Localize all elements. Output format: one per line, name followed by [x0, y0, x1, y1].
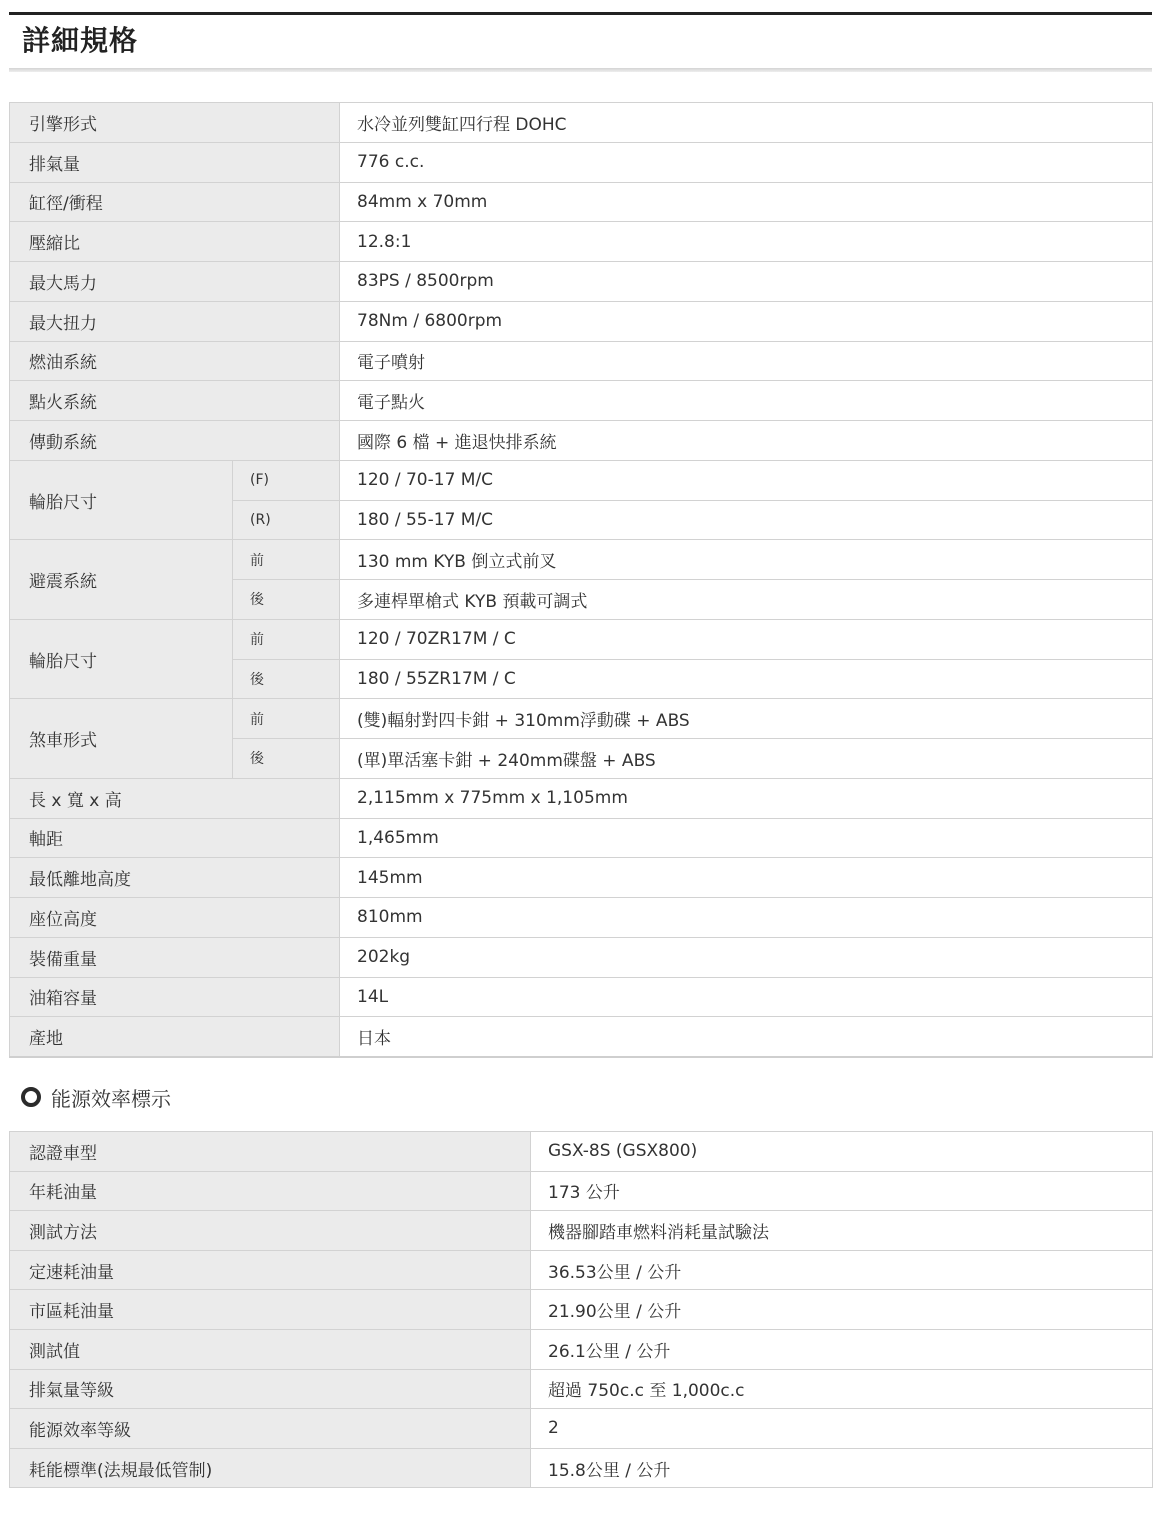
- row-value: 173 公升: [531, 1171, 1153, 1211]
- row-label: 油箱容量: [10, 977, 340, 1017]
- row-label: 最大扭力: [10, 301, 340, 341]
- row-value: 26.1公里 / 公升: [531, 1329, 1153, 1369]
- sub-label: 前: [233, 540, 340, 580]
- row-value: 202kg: [340, 937, 1153, 977]
- sub-label: 後: [233, 739, 340, 779]
- row-value: 國際 6 檔 + 進退快排系統: [340, 421, 1153, 461]
- row-label: 市區耗油量: [10, 1290, 531, 1330]
- title-top-rule: [9, 12, 1152, 15]
- row-value: 130 mm KYB 倒立式前叉: [340, 540, 1153, 580]
- row-label: 長 x 寬 x 高: [10, 778, 340, 818]
- row-label: 排氣量: [10, 142, 340, 182]
- table-row: 座位高度810mm: [10, 898, 1153, 938]
- sub-label: (F): [233, 460, 340, 500]
- row-value: 多連桿單槍式 KYB 預載可調式: [340, 580, 1153, 620]
- row-value: (雙)輻射對四卡鉗 + 310mm浮動碟 + ABS: [340, 699, 1153, 739]
- row-label: 燃油系統: [10, 341, 340, 381]
- table-row: 最低離地高度145mm: [10, 858, 1153, 898]
- row-label: 傳動系統: [10, 421, 340, 461]
- table-row: 煞車形式前(雙)輻射對四卡鉗 + 310mm浮動碟 + ABS: [10, 699, 1153, 739]
- table-row: 測試方法機器腳踏車燃料消耗量試驗法: [10, 1211, 1153, 1251]
- row-value: 電子點火: [340, 381, 1153, 421]
- row-label: 產地: [10, 1017, 340, 1057]
- row-value: 12.8:1: [340, 222, 1153, 262]
- table-row: 油箱容量14L: [10, 977, 1153, 1017]
- row-value: 78Nm / 6800rpm: [340, 301, 1153, 341]
- group-label: 避震系統: [10, 540, 233, 620]
- table-row: 裝備重量202kg: [10, 937, 1153, 977]
- row-label: 引擎形式: [10, 103, 340, 143]
- row-label: 缸徑/衝程: [10, 182, 340, 222]
- row-label: 定速耗油量: [10, 1250, 531, 1290]
- row-label: 耗能標準(法規最低管制): [10, 1448, 531, 1488]
- table-row: 點火系統電子點火: [10, 381, 1153, 421]
- table-row: 認證車型GSX-8S (GSX800): [10, 1132, 1153, 1172]
- page-title: 詳細規格: [22, 22, 138, 60]
- table-row: 引擎形式水冷並列雙缸四行程 DOHC: [10, 103, 1153, 143]
- row-label: 軸距: [10, 818, 340, 858]
- table-row: 最大扭力78Nm / 6800rpm: [10, 301, 1153, 341]
- section-title: 能源效率標示: [51, 1083, 171, 1112]
- row-label: 點火系統: [10, 381, 340, 421]
- energy-table: 認證車型GSX-8S (GSX800) 年耗油量173 公升 測試方法機器腳踏車…: [9, 1131, 1153, 1488]
- group-label: 輪胎尺寸: [10, 619, 233, 699]
- table-row: 最大馬力83PS / 8500rpm: [10, 262, 1153, 302]
- table-row: 產地日本: [10, 1017, 1153, 1057]
- energy-section-heading: 能源效率標示: [21, 1080, 171, 1114]
- row-value: 超過 750c.c 至 1,000c.c: [531, 1369, 1153, 1409]
- table-row: 輪胎尺寸(F)120 / 70-17 M/C: [10, 460, 1153, 500]
- row-label: 認證車型: [10, 1132, 531, 1172]
- table-row: 壓縮比12.8:1: [10, 222, 1153, 262]
- row-label: 排氣量等級: [10, 1369, 531, 1409]
- table-row: 軸距1,465mm: [10, 818, 1153, 858]
- title-bottom-rule: [9, 68, 1152, 72]
- table-row: 市區耗油量21.90公里 / 公升: [10, 1290, 1153, 1330]
- row-value: 84mm x 70mm: [340, 182, 1153, 222]
- row-value: (單)單活塞卡鉗 + 240mm碟盤 + ABS: [340, 739, 1153, 779]
- row-value: 120 / 70ZR17M / C: [340, 619, 1153, 659]
- row-label: 壓縮比: [10, 222, 340, 262]
- table-row: 缸徑/衝程84mm x 70mm: [10, 182, 1153, 222]
- table-row: 定速耗油量36.53公里 / 公升: [10, 1250, 1153, 1290]
- row-value: 1,465mm: [340, 818, 1153, 858]
- row-value: GSX-8S (GSX800): [531, 1132, 1153, 1172]
- row-value: 2,115mm x 775mm x 1,105mm: [340, 778, 1153, 818]
- sub-label: 前: [233, 699, 340, 739]
- table-row: 年耗油量173 公升: [10, 1171, 1153, 1211]
- ring-bullet-icon: [21, 1087, 41, 1107]
- row-value: 180 / 55-17 M/C: [340, 500, 1153, 540]
- row-value: 電子噴射: [340, 341, 1153, 381]
- table-row: 能源效率等級2: [10, 1409, 1153, 1449]
- table-row: 燃油系統電子噴射: [10, 341, 1153, 381]
- row-label: 裝備重量: [10, 937, 340, 977]
- table-row: 輪胎尺寸前120 / 70ZR17M / C: [10, 619, 1153, 659]
- row-value: 水冷並列雙缸四行程 DOHC: [340, 103, 1153, 143]
- group-label: 煞車形式: [10, 699, 233, 779]
- row-value: 776 c.c.: [340, 142, 1153, 182]
- row-label: 最低離地高度: [10, 858, 340, 898]
- sub-label: 前: [233, 619, 340, 659]
- row-value: 機器腳踏車燃料消耗量試驗法: [531, 1211, 1153, 1251]
- table-row: 測試值26.1公里 / 公升: [10, 1329, 1153, 1369]
- table-row: 排氣量776 c.c.: [10, 142, 1153, 182]
- row-value: 83PS / 8500rpm: [340, 262, 1153, 302]
- row-value: 810mm: [340, 898, 1153, 938]
- row-value: 14L: [340, 977, 1153, 1017]
- row-value: 145mm: [340, 858, 1153, 898]
- table-row: 耗能標準(法規最低管制)15.8公里 / 公升: [10, 1448, 1153, 1488]
- table-row: 避震系統前130 mm KYB 倒立式前叉: [10, 540, 1153, 580]
- table-row: 長 x 寬 x 高2,115mm x 775mm x 1,105mm: [10, 778, 1153, 818]
- row-value: 180 / 55ZR17M / C: [340, 659, 1153, 699]
- row-value: 21.90公里 / 公升: [531, 1290, 1153, 1330]
- row-value: 120 / 70-17 M/C: [340, 460, 1153, 500]
- row-value: 2: [531, 1409, 1153, 1449]
- group-label: 輪胎尺寸: [10, 460, 233, 540]
- row-label: 能源效率等級: [10, 1409, 531, 1449]
- table-row: 排氣量等級超過 750c.c 至 1,000c.c: [10, 1369, 1153, 1409]
- row-label: 年耗油量: [10, 1171, 531, 1211]
- sub-label: 後: [233, 659, 340, 699]
- row-value: 日本: [340, 1017, 1153, 1057]
- row-label: 最大馬力: [10, 262, 340, 302]
- row-value: 36.53公里 / 公升: [531, 1250, 1153, 1290]
- sub-label: (R): [233, 500, 340, 540]
- table-row: 傳動系統國際 6 檔 + 進退快排系統: [10, 421, 1153, 461]
- row-label: 座位高度: [10, 898, 340, 938]
- row-label: 測試值: [10, 1329, 531, 1369]
- row-value: 15.8公里 / 公升: [531, 1448, 1153, 1488]
- spec-table: 引擎形式水冷並列雙缸四行程 DOHC 排氣量776 c.c. 缸徑/衝程84mm…: [9, 102, 1153, 1058]
- sub-label: 後: [233, 580, 340, 620]
- row-label: 測試方法: [10, 1211, 531, 1251]
